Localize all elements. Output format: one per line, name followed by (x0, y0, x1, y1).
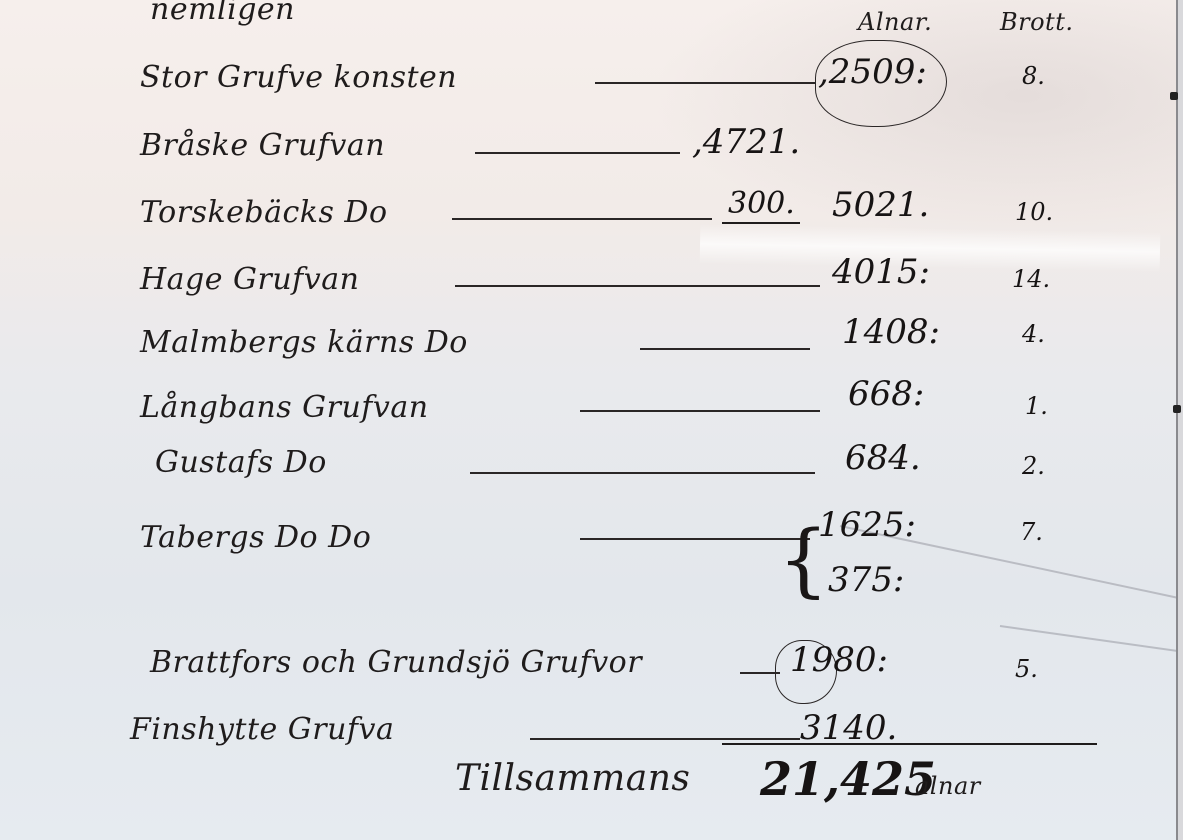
manuscript-page: nemligen Alnar. Brott. Stor Grufve konst… (0, 0, 1183, 840)
page-edge-line (1176, 0, 1178, 840)
column-header-brott: Brott. (1000, 8, 1073, 36)
paper-glare (700, 224, 1161, 272)
row-alnar: 1980: (790, 640, 888, 680)
leader-line (580, 410, 820, 412)
leader-line (530, 738, 800, 740)
leader-line (470, 472, 815, 474)
row-alnar: 5021. (832, 185, 929, 225)
row-alnar: ,2509: (818, 52, 927, 92)
row-name: Finshytte Grufva (130, 712, 394, 747)
leader-line (740, 672, 780, 674)
total-value: 21,425 (760, 752, 936, 806)
paper-crease (1000, 625, 1183, 653)
row-name: Tabergs Do Do (140, 520, 371, 555)
row-brott: 8. (1022, 62, 1045, 90)
row-brott: 7. (1020, 518, 1043, 546)
row-brott: 14. (1012, 265, 1050, 293)
row-alnar: 1408: (842, 312, 940, 352)
row-name: Bråske Grufvan (140, 128, 385, 163)
total-unit: alnar (915, 772, 981, 800)
row-name: Brattfors och Grundsjö Grufvor (150, 645, 642, 680)
row-name: Malmbergs kärns Do (140, 325, 468, 360)
leader-line (452, 218, 712, 220)
leader-line (580, 538, 810, 540)
row-name: Långbans Grufvan (140, 390, 429, 425)
row-name: Stor Grufve konsten (140, 60, 457, 95)
row-alnar: 3140. (800, 708, 897, 748)
row-alnar: ,4721. (692, 122, 800, 162)
row-brott: 4. (1022, 320, 1045, 348)
total-label: Tillsammans (455, 758, 690, 799)
row-alnar: 4015: (832, 252, 930, 292)
row-name: Hage Grufvan (140, 262, 359, 297)
row-name: Gustafs Do (155, 445, 327, 480)
leader-line (595, 82, 815, 84)
row-brott: 2. (1022, 452, 1045, 480)
column-header-alnar: Alnar. (858, 8, 932, 36)
leader-line (475, 152, 680, 154)
binding-mark (1170, 92, 1178, 100)
page-edge (1178, 0, 1183, 840)
row-sub-value: 300. (728, 186, 795, 221)
brace-symbol: { (778, 520, 829, 600)
sub-value-underline (722, 222, 800, 224)
leader-line (640, 348, 810, 350)
row-alnar: 668: (848, 374, 924, 414)
row-brott: 10. (1015, 198, 1053, 226)
row-name: Torskebäcks Do (140, 195, 388, 230)
intro-word: nemligen (150, 0, 295, 27)
row-brott: 1. (1025, 392, 1048, 420)
row-alnar: 1625: (818, 505, 916, 545)
row-alnar: 684. (845, 438, 921, 478)
sum-line (722, 743, 1097, 745)
leader-line (455, 285, 820, 287)
row-alnar-second: 375: (828, 560, 904, 600)
row-brott: 5. (1015, 655, 1038, 683)
binding-mark (1173, 405, 1181, 413)
